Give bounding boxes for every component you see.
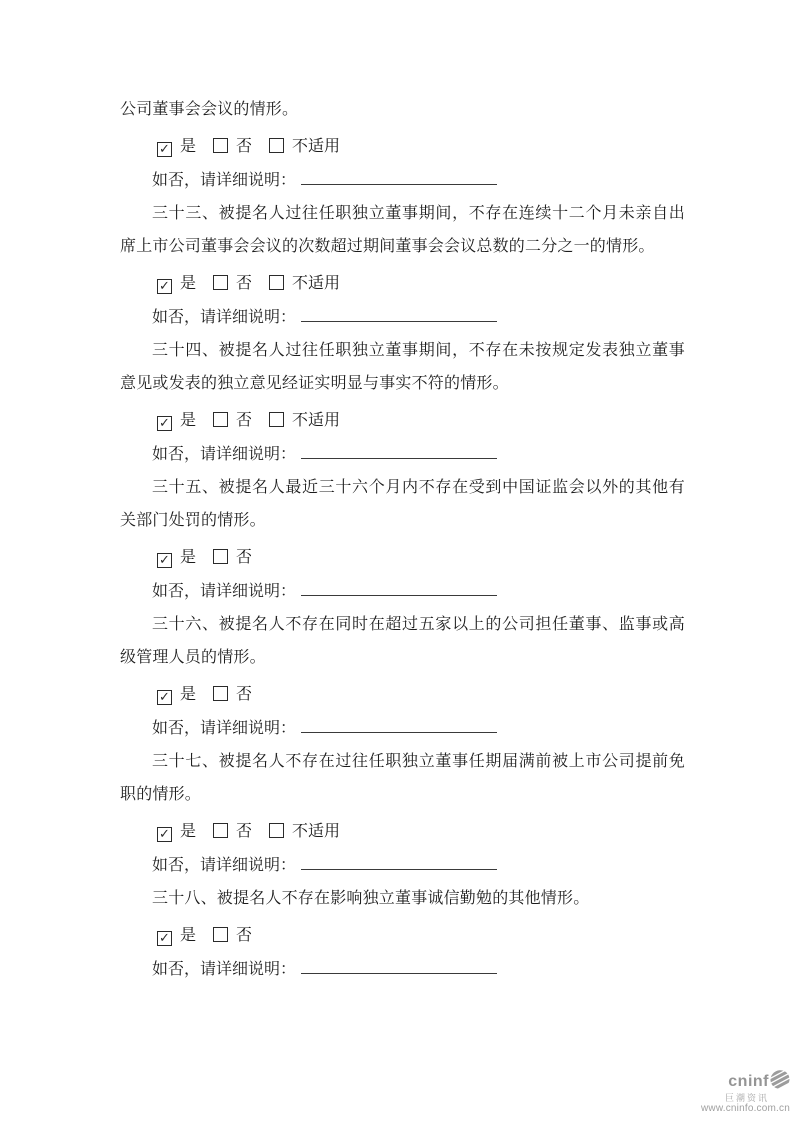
cninfo-url: www.cninfo.com.cn: [694, 1104, 790, 1114]
checkbox-label: 否: [236, 549, 252, 566]
checkbox-label: 不适用: [292, 275, 340, 292]
explain-label: 如否，请详细说明：: [152, 583, 296, 600]
explain-blank-field[interactable]: [301, 167, 497, 185]
cninfo-logo-text: cninf: [728, 1074, 769, 1090]
explain-blank-field[interactable]: [301, 715, 497, 733]
checkbox-checked[interactable]: ✓: [157, 279, 172, 294]
checkbox-checked[interactable]: ✓: [157, 931, 172, 946]
answer-options-row: ✓是否不适用: [120, 815, 685, 848]
checkbox-label: 否: [236, 823, 252, 840]
cninfo-pinwheel-icon: [770, 1070, 790, 1093]
checkbox-unchecked[interactable]: [269, 412, 284, 427]
checkbox-unchecked[interactable]: [213, 686, 228, 701]
checkbox-unchecked[interactable]: [269, 138, 284, 153]
checkbox-unchecked[interactable]: [269, 823, 284, 838]
cninfo-watermark: cninf 巨潮资讯 www.cninfo.com.cn: [694, 1070, 790, 1114]
explain-label: 如否，请详细说明：: [152, 172, 296, 189]
document-body: 公司董事会会议的情形。 ✓是否不适用 如否，请详细说明： 三十三、被提名人过往任…: [120, 93, 685, 986]
checkbox-unchecked[interactable]: [213, 275, 228, 290]
explain-label: 如否，请详细说明：: [152, 446, 296, 463]
explain-blank-field[interactable]: [301, 441, 497, 459]
question-text: 三十五、被提名人最近三十六个月内不存在受到中国证监会以外的其他有关部门处罚的情形…: [120, 471, 685, 537]
answer-options-row: ✓是否不适用: [120, 404, 685, 437]
checkbox-label: 是: [180, 927, 196, 944]
explain-line: 如否，请详细说明：: [120, 849, 685, 882]
checkbox-checked[interactable]: ✓: [157, 553, 172, 568]
cninfo-brand-chinese: 巨潮资讯: [694, 1094, 769, 1103]
answer-options-row: ✓是否: [120, 919, 685, 952]
question-text: 公司董事会会议的情形。: [120, 93, 685, 126]
question-block-38: 三十八、被提名人不存在影响独立董事诚信勤勉的其他情形。 ✓是否 如否，请详细说明…: [120, 882, 685, 986]
explain-line: 如否，请详细说明：: [120, 953, 685, 986]
checkbox-label: 是: [180, 138, 196, 155]
question-block-37: 三十七、被提名人不存在过往任职独立董事任期届满前被上市公司提前免职的情形。 ✓是…: [120, 745, 685, 882]
checkbox-label: 是: [180, 686, 196, 703]
checkbox-label: 否: [236, 275, 252, 292]
checkbox-label: 否: [236, 412, 252, 429]
explain-label: 如否，请详细说明：: [152, 961, 296, 978]
checkbox-unchecked[interactable]: [213, 823, 228, 838]
explain-line: 如否，请详细说明：: [120, 438, 685, 471]
answer-options-row: ✓是否不适用: [120, 130, 685, 163]
question-text: 三十七、被提名人不存在过往任职独立董事任期届满前被上市公司提前免职的情形。: [120, 745, 685, 811]
question-text: 三十四、被提名人过往任职独立董事期间，不存在未按规定发表独立董事意见或发表的独立…: [120, 334, 685, 400]
checkbox-label: 不适用: [292, 412, 340, 429]
explain-blank-field[interactable]: [301, 578, 497, 596]
checkbox-unchecked[interactable]: [213, 138, 228, 153]
explain-line: 如否，请详细说明：: [120, 164, 685, 197]
answer-options-row: ✓是否不适用: [120, 267, 685, 300]
explain-line: 如否，请详细说明：: [120, 712, 685, 745]
checkbox-label: 否: [236, 927, 252, 944]
checkbox-label: 不适用: [292, 138, 340, 155]
explain-label: 如否，请详细说明：: [152, 309, 296, 326]
checkbox-label: 是: [180, 823, 196, 840]
document-page: 公司董事会会议的情形。 ✓是否不适用 如否，请详细说明： 三十三、被提名人过往任…: [0, 0, 793, 1122]
answer-options-row: ✓是否: [120, 541, 685, 574]
question-block-35: 三十五、被提名人最近三十六个月内不存在受到中国证监会以外的其他有关部门处罚的情形…: [120, 471, 685, 608]
explain-blank-field[interactable]: [301, 852, 497, 870]
answer-options-row: ✓是否: [120, 678, 685, 711]
checkbox-label: 是: [180, 412, 196, 429]
question-block-34: 三十四、被提名人过往任职独立董事期间，不存在未按规定发表独立董事意见或发表的独立…: [120, 334, 685, 471]
checkbox-label: 是: [180, 549, 196, 566]
checkbox-label: 否: [236, 138, 252, 155]
explain-line: 如否，请详细说明：: [120, 301, 685, 334]
checkbox-checked[interactable]: ✓: [157, 416, 172, 431]
question-text: 三十三、被提名人过往任职独立董事期间，不存在连续十二个月未亲自出席上市公司董事会…: [120, 197, 685, 263]
checkbox-label: 不适用: [292, 823, 340, 840]
explain-line: 如否，请详细说明：: [120, 575, 685, 608]
cninfo-logo: cninf: [694, 1070, 790, 1093]
explain-blank-field[interactable]: [301, 956, 497, 974]
question-block-36: 三十六、被提名人不存在同时在超过五家以上的公司担任董事、监事或高级管理人员的情形…: [120, 608, 685, 745]
checkbox-checked[interactable]: ✓: [157, 142, 172, 157]
question-text: 三十六、被提名人不存在同时在超过五家以上的公司担任董事、监事或高级管理人员的情形…: [120, 608, 685, 674]
checkbox-unchecked[interactable]: [213, 549, 228, 564]
checkbox-label: 否: [236, 686, 252, 703]
explain-label: 如否，请详细说明：: [152, 857, 296, 874]
explain-label: 如否，请详细说明：: [152, 720, 296, 737]
question-block-32-continuation: 公司董事会会议的情形。 ✓是否不适用 如否，请详细说明：: [120, 93, 685, 197]
explain-blank-field[interactable]: [301, 304, 497, 322]
checkbox-checked[interactable]: ✓: [157, 827, 172, 842]
checkbox-unchecked[interactable]: [213, 927, 228, 942]
question-text: 三十八、被提名人不存在影响独立董事诚信勤勉的其他情形。: [120, 882, 685, 915]
question-block-33: 三十三、被提名人过往任职独立董事期间，不存在连续十二个月未亲自出席上市公司董事会…: [120, 197, 685, 334]
checkbox-unchecked[interactable]: [213, 412, 228, 427]
checkbox-label: 是: [180, 275, 196, 292]
checkbox-checked[interactable]: ✓: [157, 690, 172, 705]
checkbox-unchecked[interactable]: [269, 275, 284, 290]
